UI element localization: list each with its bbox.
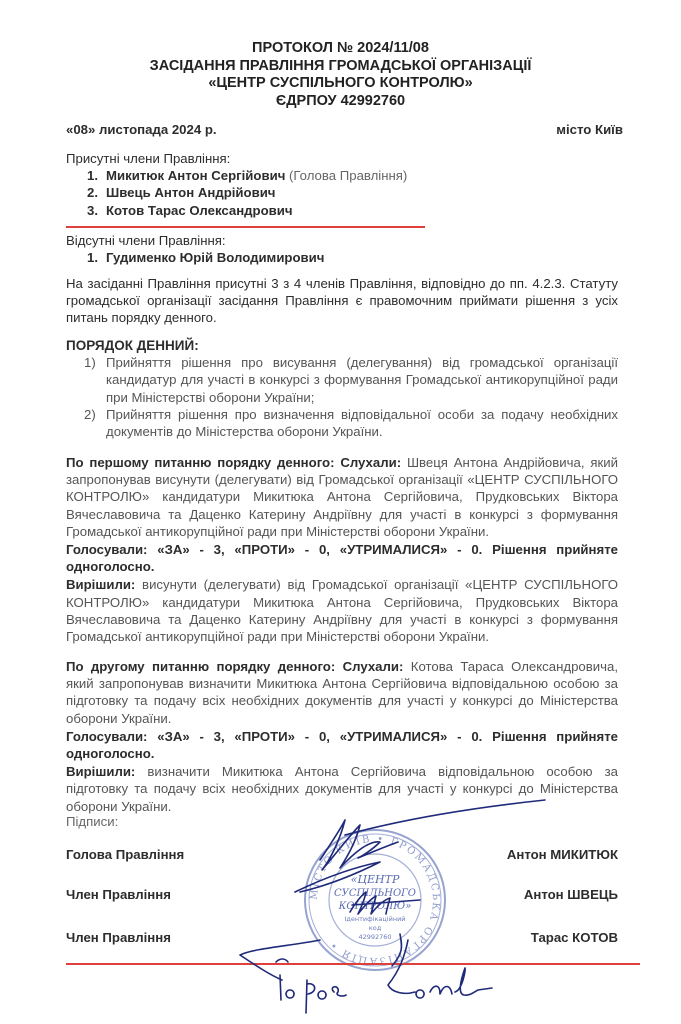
- agenda-title: ПОРЯДОК ДЕННИЙ:: [66, 337, 618, 354]
- svg-text:Ідентифікаційний: Ідентифікаційний: [344, 915, 405, 923]
- heard-label: По другому питанню порядку денного: Слух…: [66, 659, 403, 674]
- meeting-date: «08» листопада 2024 р.: [66, 121, 217, 138]
- absent-members: Відсутні члени Правління: 1. Гудименко Ю…: [66, 232, 618, 266]
- meeting-title: ЗАСІДАННЯ ПРАВЛІННЯ ГРОМАДСЬКОЇ ОРГАНІЗА…: [0, 58, 681, 76]
- svg-text:код: код: [369, 924, 382, 932]
- protocol-page: ПРОТОКОЛ № 2024/11/08 ЗАСІДАННЯ ПРАВЛІНН…: [0, 0, 681, 1024]
- red-divider-bottom: [66, 963, 640, 965]
- present-members: Присутні члени Правління: 1. Микитюк Ант…: [66, 150, 618, 219]
- member-name: Котов Тарас Олександрович: [106, 202, 293, 219]
- svg-text:42992760: 42992760: [358, 933, 391, 941]
- decided-label: Вирішили:: [66, 577, 135, 592]
- present-member: 1. Микитюк Антон Сергійович (Голова Прав…: [78, 167, 618, 184]
- quorum-statement: На засіданні Правління присутні 3 з 4 чл…: [66, 275, 618, 327]
- signer-role: Член Правління: [66, 930, 171, 945]
- absent-member: 1. Гудименко Юрій Володимирович: [78, 249, 618, 266]
- vote-result: Голосували: «ЗА» - 3, «ПРОТИ» - 0, «УТРИ…: [66, 541, 618, 575]
- edrpou-code: ЄДРПОУ 42992760: [0, 93, 681, 111]
- decided-label: Вирішили:: [66, 764, 135, 779]
- protocol-number: ПРОТОКОЛ № 2024/11/08: [0, 40, 681, 58]
- signer-name: Антон ШВЕЦЬ: [524, 887, 618, 902]
- svg-text:СУСПІЛЬНОГО: СУСПІЛЬНОГО: [334, 888, 416, 899]
- present-member: 3. Котов Тарас Олександрович: [78, 202, 618, 219]
- organization-name: «ЦЕНТР СУСПІЛЬНОГО КОНТРОЛЮ»: [0, 75, 681, 93]
- decided-text: визначити Микитюка Антона Сергійовича ві…: [66, 764, 618, 813]
- red-divider-top: [66, 226, 425, 228]
- heard-label: По першому питанню порядку денного: Слух…: [66, 455, 401, 470]
- meeting-city: місто Київ: [556, 121, 623, 138]
- signer-role: Голова Правління: [66, 847, 184, 862]
- agenda: ПОРЯДОК ДЕННИЙ: 1) Прийняття рішення про…: [66, 337, 618, 440]
- signatures-title: Підписи:: [66, 813, 118, 830]
- vote-result: Голосували: «ЗА» - 3, «ПРОТИ» - 0, «УТРИ…: [66, 728, 618, 762]
- present-member: 2. Швець Антон Андрійович: [78, 184, 618, 201]
- agenda-item-1-minutes: По першому питанню порядку денного: Слух…: [66, 454, 618, 645]
- signer-name: Антон МИКИТЮК: [507, 847, 618, 862]
- signer-role: Член Правління: [66, 887, 171, 902]
- member-name: Гудименко Юрій Володимирович: [106, 249, 324, 266]
- absent-title: Відсутні члени Правління:: [66, 232, 618, 249]
- document-header: ПРОТОКОЛ № 2024/11/08 ЗАСІДАННЯ ПРАВЛІНН…: [0, 40, 681, 110]
- organization-seal-icon: МІСТО КИЇВ • ГРОМАДСЬКА ОРГАНІЗАЦІЯ • «Ц…: [300, 825, 450, 975]
- member-role: (Голова Правління): [285, 168, 407, 183]
- signer-name: Тарас КОТОВ: [531, 930, 618, 945]
- svg-text:КОНТРОЛЮ»: КОНТРОЛЮ»: [338, 901, 412, 912]
- present-title: Присутні члени Правління:: [66, 150, 618, 167]
- member-name: Швець Антон Андрійович: [106, 184, 275, 201]
- decided-text: висунути (делегувати) від Громадської ор…: [66, 577, 618, 644]
- agenda-item: 2) Прийняття рішення про визначення відп…: [84, 406, 618, 440]
- member-name: Микитюк Антон Сергійович: [106, 168, 285, 183]
- agenda-item: 1) Прийняття рішення про висування (деле…: [84, 354, 618, 406]
- agenda-item-2-minutes: По другому питанню порядку денного: Слух…: [66, 658, 618, 815]
- svg-text:«ЦЕНТР: «ЦЕНТР: [351, 873, 400, 886]
